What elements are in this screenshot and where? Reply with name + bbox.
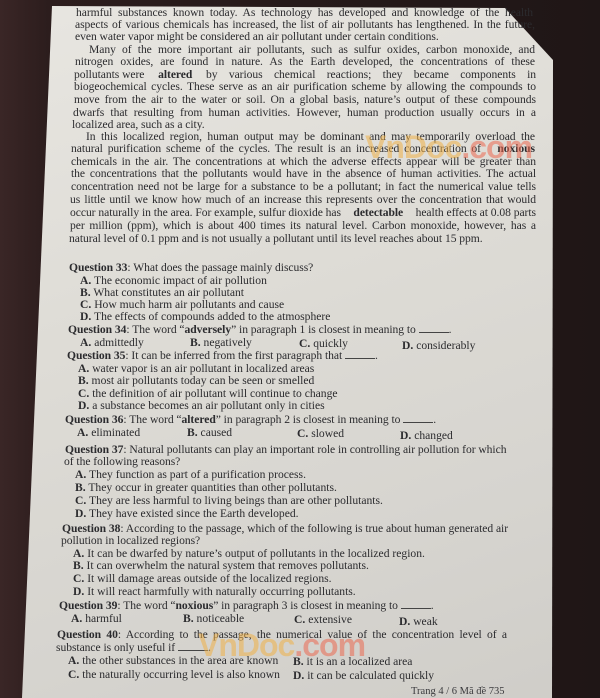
- answer-blank: [403, 414, 433, 423]
- option-text: caused: [201, 426, 233, 439]
- question-stem: Question 33: What does the passage mainl…: [69, 261, 313, 274]
- option-letter: D.: [399, 615, 410, 628]
- option-text: It will damage areas outside of the loca…: [87, 572, 331, 585]
- option-letter: C.: [294, 613, 305, 626]
- passage-line: occur naturally in the area. For example…: [70, 206, 536, 219]
- question-text: ” in paragraph 3 is closest in meaning t…: [213, 599, 398, 612]
- option-letter: C.: [68, 668, 79, 681]
- question-stem: Question 35: It can be inferred from the…: [67, 349, 378, 362]
- option-letter: D.: [402, 339, 413, 352]
- option-letter: D.: [293, 669, 304, 682]
- option-text: harmful: [85, 612, 122, 625]
- option-text: admittedly: [94, 336, 144, 349]
- option-letter: C.: [297, 427, 308, 440]
- question-text: : According to the passage, the numerica…: [118, 628, 507, 641]
- question-stem-continued: of the following reasons?: [64, 455, 180, 468]
- option-text: slowed: [311, 427, 344, 440]
- answer-blank: [419, 324, 449, 333]
- option-d[interactable]: D. it can be calculated quickly: [293, 669, 434, 682]
- passage-line: us little until we know how much of an i…: [70, 193, 536, 206]
- option-letter: C.: [73, 572, 84, 585]
- option-text: a substance becomes an air pollutant onl…: [92, 399, 324, 412]
- answer-blank: [345, 350, 375, 359]
- option-c[interactable]: C. They are less harmful to living being…: [75, 494, 383, 507]
- passage-text: occur naturally in the area. For example…: [70, 206, 341, 219]
- option-text: eliminated: [91, 426, 140, 439]
- option-text: noticeable: [197, 612, 245, 625]
- option-text: They are less harmful to living beings t…: [89, 494, 383, 507]
- question-stem: Question 36: The word “altered” in parag…: [65, 413, 436, 426]
- question-text: ” in paragraph 2 is closest in meaning t…: [216, 413, 401, 426]
- passage-line: even water vapor might be considered an …: [75, 30, 439, 43]
- option-d[interactable]: D. weak: [399, 615, 438, 628]
- answer-blank: [178, 642, 208, 651]
- passage-line: nitrogen oxides, are found in nature. As…: [75, 55, 535, 68]
- option-text: the other substances in the area are kno…: [82, 654, 278, 667]
- option-letter: B.: [78, 374, 89, 387]
- question-text: : The word “: [117, 599, 175, 612]
- option-letter: C.: [75, 494, 86, 507]
- option-letter: B.: [190, 336, 201, 349]
- question-stem-continued: pollution in localized regions?: [61, 534, 200, 547]
- option-a[interactable]: A. harmful: [71, 612, 122, 625]
- option-a[interactable]: A. eliminated: [77, 426, 140, 439]
- option-text: They function as part of a purification …: [89, 468, 306, 481]
- option-text: considerably: [416, 339, 475, 352]
- question-label: Question 33: [69, 261, 127, 274]
- question-keyword: adversely: [185, 323, 232, 336]
- option-text: It will react harmfully with naturally o…: [87, 585, 356, 598]
- question-label: Question 36: [65, 413, 123, 426]
- option-text: the naturally occurring level is also kn…: [82, 668, 280, 681]
- keyword-detectable: detectable: [353, 206, 403, 219]
- option-d[interactable]: D. considerably: [402, 339, 475, 352]
- option-letter: B.: [183, 612, 194, 625]
- option-text: It can overwhelm the natural system that…: [87, 559, 369, 572]
- page-footer: Trang 4 / 6 Mã đề 735: [411, 686, 505, 697]
- option-letter: B.: [187, 426, 198, 439]
- passage-line: concentration need not be large for a su…: [71, 180, 536, 193]
- question-keyword: noxious: [176, 599, 214, 612]
- question-stem-continued: substance is only useful if .: [56, 641, 211, 654]
- option-c[interactable]: C. the naturally occurring level is also…: [68, 668, 280, 681]
- option-text: it can be calculated quickly: [307, 669, 434, 682]
- question-text: : Natural pollutants can play an importa…: [123, 443, 506, 456]
- option-letter: B.: [75, 481, 86, 494]
- option-letter: A.: [80, 336, 91, 349]
- option-text: extensive: [308, 613, 352, 626]
- passage-line: per million (ppm), which is about 400 ti…: [70, 219, 536, 232]
- question-label: Question 39: [59, 599, 117, 612]
- question-label: Question 40: [57, 628, 118, 641]
- option-letter: A.: [71, 612, 82, 625]
- question-text: ” in paragraph 1 is closest in meaning t…: [231, 323, 416, 336]
- option-b[interactable]: B. most air pollutants today can be seen…: [78, 374, 314, 387]
- option-b[interactable]: B. caused: [187, 426, 232, 439]
- passage-line: the concentrations that the pollutants w…: [71, 167, 536, 180]
- passage-line: natural purification scheme of the cycle…: [71, 142, 535, 155]
- option-a[interactable]: A. They function as part of a purificati…: [75, 468, 306, 481]
- option-d[interactable]: D. It will react harmfully with naturall…: [73, 585, 356, 598]
- option-d[interactable]: D. The effects of compounds added to the…: [80, 310, 330, 323]
- option-letter: D.: [73, 585, 84, 598]
- option-letter: A.: [77, 426, 88, 439]
- question-label: Question 35: [67, 349, 125, 362]
- option-d[interactable]: D. changed: [400, 429, 453, 442]
- option-c[interactable]: C. It will damage areas outside of the l…: [73, 572, 332, 585]
- option-text: negatively: [204, 336, 252, 349]
- passage-text: natural purification scheme of the cycle…: [71, 142, 481, 155]
- option-text: The effects of compounds added to the at…: [94, 310, 330, 323]
- option-text: They occur in greater quantities than ot…: [88, 481, 337, 494]
- option-letter: D.: [78, 399, 89, 412]
- question-text: : It can be inferred from the first para…: [125, 349, 342, 362]
- option-text: most air pollutants today can be seen or…: [92, 374, 315, 387]
- option-b[interactable]: B. it is an a localized area: [293, 655, 412, 668]
- option-text: weak: [413, 615, 437, 628]
- option-letter: D.: [400, 429, 411, 442]
- option-b[interactable]: B. They occur in greater quantities than…: [75, 481, 337, 494]
- answer-blank: [401, 600, 431, 609]
- option-d[interactable]: D. a substance becomes an air pollutant …: [78, 399, 325, 412]
- option-d[interactable]: D. They have existed since the Earth dev…: [75, 507, 299, 520]
- question-stem: Question 34: The word “adversely” in par…: [68, 323, 452, 336]
- option-letter: D.: [80, 310, 91, 323]
- question-stem: Question 40: According to the passage, t…: [57, 628, 507, 641]
- option-b[interactable]: B. negatively: [190, 336, 252, 349]
- question-label: Question 34: [68, 323, 126, 336]
- option-text: changed: [414, 429, 453, 442]
- option-c[interactable]: C. extensive: [294, 613, 352, 626]
- option-text: They have existed since the Earth develo…: [89, 507, 299, 520]
- passage-text: health effects at 0.08 parts: [416, 206, 536, 219]
- question-text: substance is only useful if: [56, 641, 175, 654]
- passage-line: natural level of 0.1 ppm and is not usua…: [69, 232, 483, 245]
- option-b[interactable]: B. noticeable: [183, 612, 244, 625]
- passage-line: biogeochemical cycles. These serve as an…: [74, 80, 536, 93]
- option-letter: A.: [75, 468, 86, 481]
- question-keyword: altered: [182, 413, 216, 426]
- passage-line: move from the air to the water or soil. …: [74, 93, 536, 106]
- option-a[interactable]: A. admittedly: [80, 336, 144, 349]
- option-letter: B.: [293, 655, 304, 668]
- question-text: : What does the passage mainly discuss?: [127, 261, 313, 274]
- option-a[interactable]: A. the other substances in the area are …: [68, 654, 278, 667]
- question-stem: Question 39: The word “noxious” in parag…: [59, 599, 434, 612]
- option-c[interactable]: C. slowed: [297, 427, 344, 440]
- option-text: it is an a localized area: [307, 655, 413, 668]
- option-letter: A.: [68, 654, 79, 667]
- keyword-noxious: noxious: [497, 142, 535, 155]
- option-letter: D.: [75, 507, 86, 520]
- option-b[interactable]: B. It can overwhelm the natural system t…: [73, 559, 369, 572]
- option-letter: B.: [73, 559, 84, 572]
- question-text: : The word “: [123, 413, 181, 426]
- question-text: : The word “: [126, 323, 184, 336]
